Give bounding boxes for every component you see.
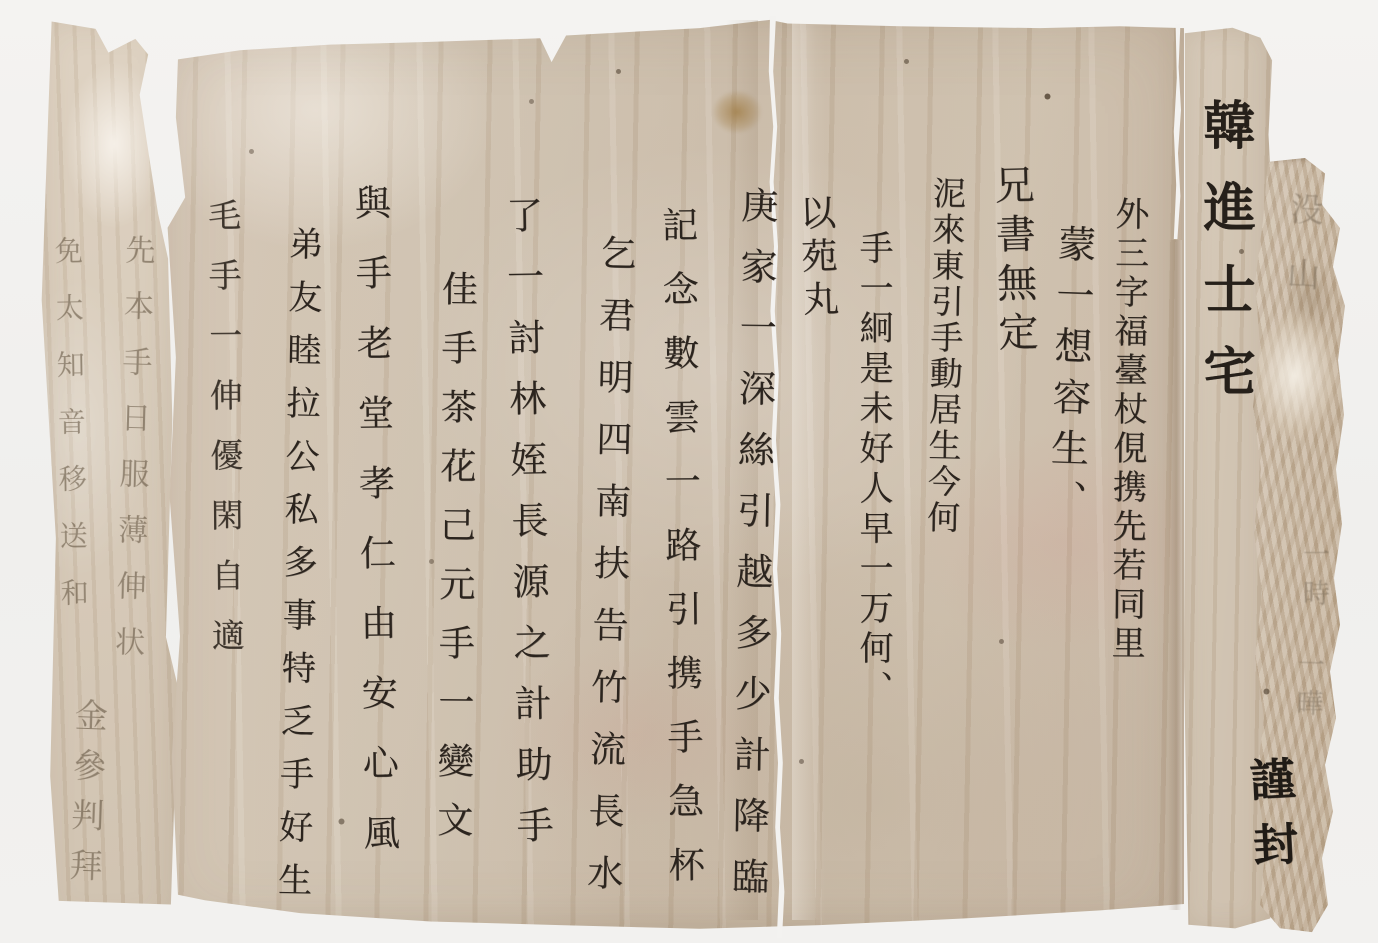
- calligraphy-column-right-5: 手一絅是未好人早一万何、: [856, 230, 890, 710]
- calligraphy-column-right-2: 蒙一想容生、: [1045, 223, 1094, 530]
- photo-background: 外三字福臺杖俔携先若同里 蒙一想容生、 兄書無定 泥來東引手動居生今何 手一絅是…: [0, 0, 1378, 943]
- paper-specks: [0, 0, 3, 3]
- calligraphy-column-right-1: 外三字福臺杖俔携先若同里: [1108, 196, 1146, 664]
- faint-mark-2: 一時: [1300, 540, 1327, 618]
- seal-mark: 謹封: [1245, 755, 1297, 887]
- calligraphy-column-right-4: 泥來東引手動居生今何: [925, 176, 964, 537]
- calligraphy-column-left-2: 記念數雲一路引携手急杯: [658, 206, 701, 910]
- seam-light-band: [792, 20, 826, 920]
- calligraphy-column-right-6: 以苑丸: [796, 193, 836, 323]
- signature-column: 金參判拜: [67, 697, 107, 898]
- calligraphy-column-right-3: 兄書無定: [990, 164, 1035, 361]
- calligraphy-column-left-1: 庚家一深絲引越多少計降臨: [728, 186, 775, 918]
- left-strip-column-2: 免太知音移送和: [53, 236, 88, 635]
- faint-mark-1: 没山: [1283, 191, 1323, 323]
- fold-shadow: [1168, 240, 1182, 910]
- calligraphy-column-left-5: 佳手茶花己元手一變文: [433, 270, 474, 860]
- calligraphy-column-left-6: 與手老堂孝仁由安心風: [351, 184, 397, 884]
- ink-stain: [712, 90, 762, 134]
- faint-mark-3: 一曄: [1293, 650, 1323, 729]
- calligraphy-column-left-4: 了一討林姪長源之計助手: [502, 196, 551, 868]
- address-column: 韓進士宅: [1198, 98, 1250, 426]
- calligraphy-column-left-8: 毛手一伸優閑自適: [206, 198, 243, 678]
